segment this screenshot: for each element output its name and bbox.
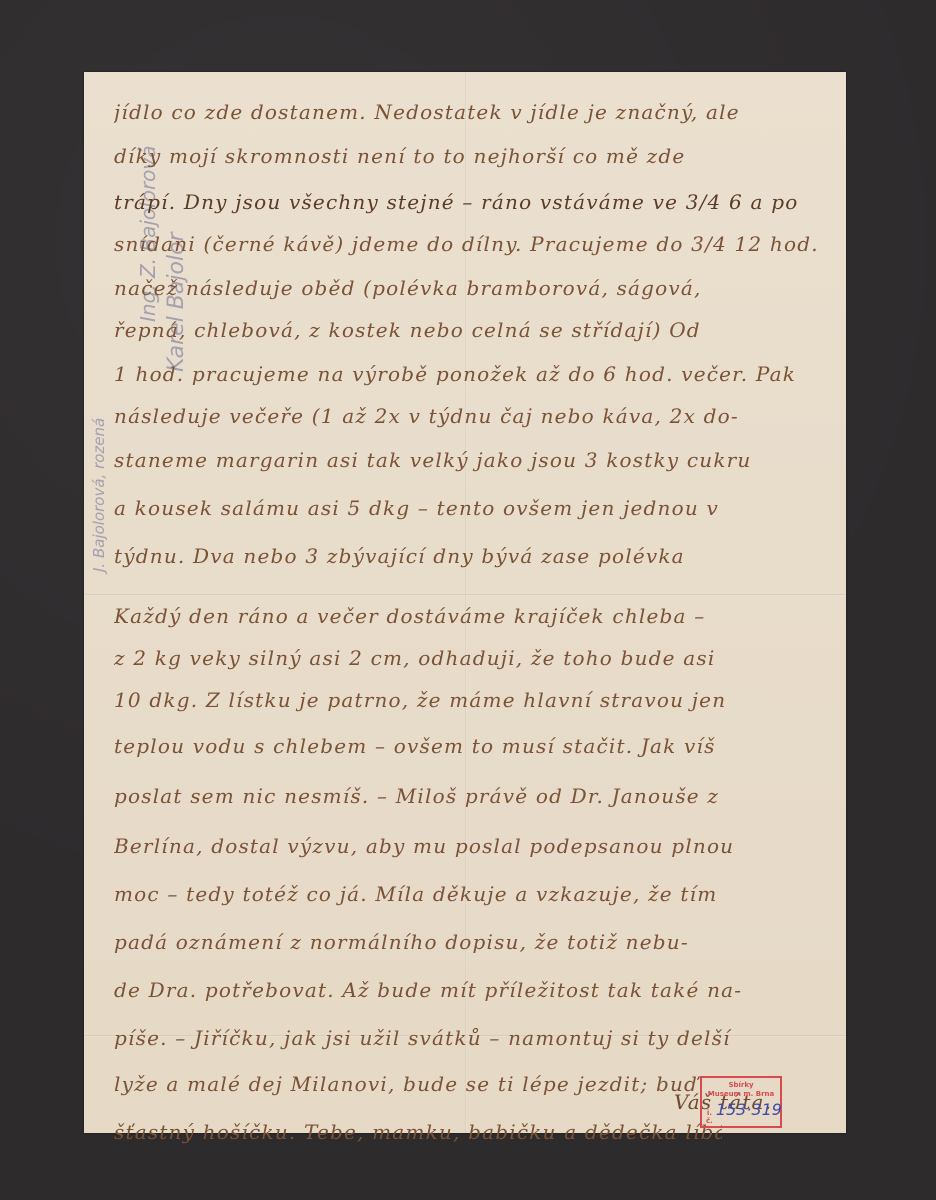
letter-line: snídani (černé kávě) jdeme do dílny. Pra… — [114, 232, 832, 256]
letter-line: jídlo co zde dostanem. Nedostatek v jídl… — [114, 100, 832, 124]
letter-line: teplou vodu s chlebem – ovšem to musí st… — [114, 734, 832, 758]
letter-line: týdnu. Dva nebo 3 zbývající dny bývá zas… — [114, 544, 832, 568]
letter-line: z 2 kg veky silný asi 2 cm, odhaduji, že… — [114, 646, 832, 670]
stamp-inventory-number: 153·319 — [716, 1100, 782, 1119]
stamp-inventory-prefix: i. č. — [706, 1109, 713, 1125]
margin-pencil-note-1: J. Bajolorová, rozená — [90, 418, 108, 572]
museum-stamp: Sbírky Museum m. Brna i. č. 153·319 — [700, 1076, 782, 1128]
letter-line: staneme margarin asi tak velký jako jsou… — [114, 448, 832, 472]
letter-line: Berlína, dostal výzvu, aby mu poslal pod… — [114, 834, 832, 858]
letter-line: šťastný hošíčku. Tebe, mamku, babičku a … — [114, 1120, 722, 1144]
letter-line: 10 dkg. Z lístku je patrno, že máme hlav… — [114, 688, 832, 712]
letter-line: padá oznámení z normálního dopisu, že to… — [114, 930, 832, 954]
letter-line: načež následuje oběd (polévka bramborová… — [114, 276, 832, 300]
letter-line: Každý den ráno a večer dostáváme krajíče… — [114, 604, 832, 628]
letter-line: moc – tedy totéž co já. Míla děkuje a vz… — [114, 882, 832, 906]
letter-line: 1 hod. pracujeme na výrobě ponožek až do… — [114, 362, 832, 386]
letter-line: a kousek salámu asi 5 dkg – tento ovšem … — [114, 496, 832, 520]
letter-line: trápí. Dny jsou všechny stejné – ráno vs… — [114, 190, 832, 214]
horizontal-fold-middle — [84, 594, 846, 596]
letter-line: poslat sem nic nesmíš. – Miloš právě od … — [114, 784, 832, 808]
letter-line: řepná, chlebová, z kostek nebo celná se … — [114, 318, 832, 342]
letter-line: de Dra. potřebovat. Až bude mít příležit… — [114, 978, 832, 1002]
letter-line: píše. – Jiříčku, jak jsi užil svátků – n… — [114, 1026, 832, 1050]
letter-line: následuje večeře (1 až 2x v týdnu čaj ne… — [114, 404, 832, 428]
stamp-line-2: Museum m. Brna — [706, 1090, 776, 1099]
letter-page: J. Bajolorová, rozená Ing. Z. Bajolorová… — [84, 72, 846, 1133]
stamp-inventory-row: i. č. 153·319 — [706, 1100, 776, 1125]
letter-line: díky mojí skromnosti není to to nejhorší… — [114, 144, 832, 168]
stamp-line-1: Sbírky — [706, 1081, 776, 1090]
